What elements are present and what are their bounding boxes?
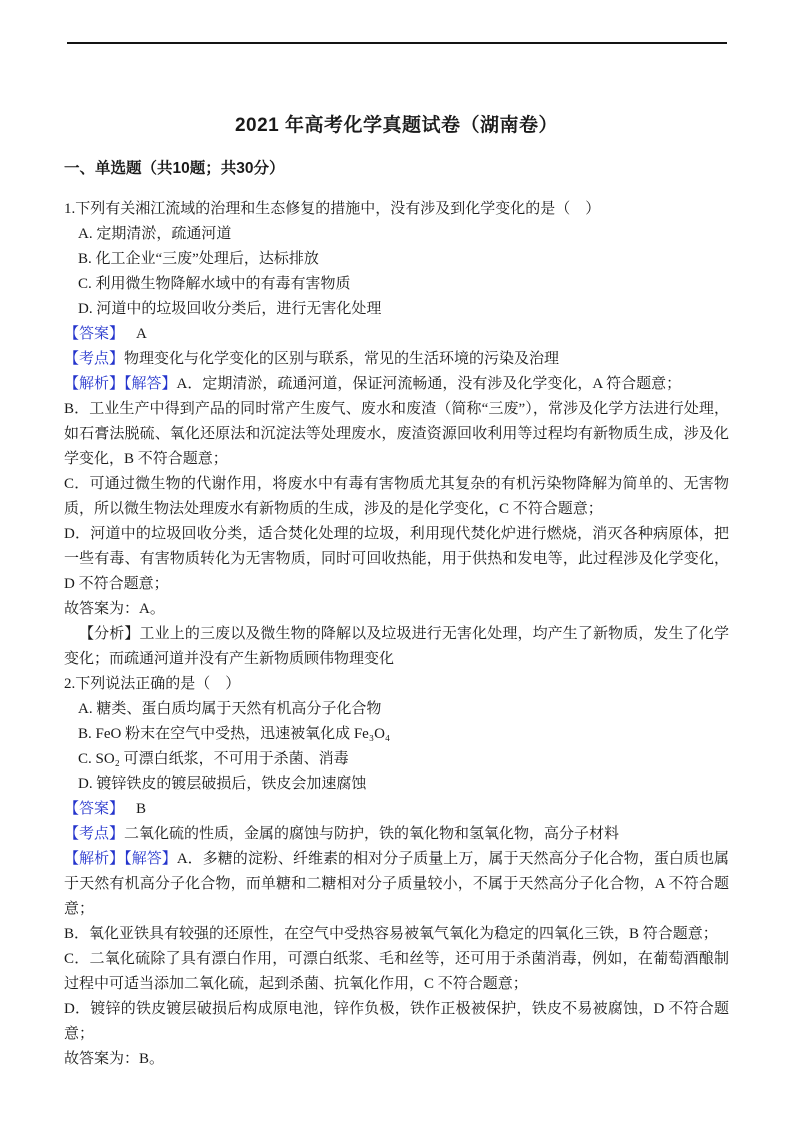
document-content: 2021 年高考化学真题试卷（湖南卷） 一、单选题（共10题；共30分） 1.下… bbox=[64, 0, 729, 1072]
answer-value: A bbox=[124, 326, 147, 342]
question-1-option-a: A. 定期清淤，疏通河道 bbox=[64, 222, 729, 247]
explanation-lead-text: A．定期清淤，疏通河道，保证河流畅通，没有涉及化学变化，A 符合题意； bbox=[177, 376, 682, 392]
explain-label: 【解答】 bbox=[124, 851, 177, 867]
answer-label: 【答案】 bbox=[64, 801, 124, 817]
question-2-explanation-paragraph: C．二氧化硫除了具有漂白作用，可漂白纸浆、毛和丝等，还可用于杀菌消毒，例如，在葡… bbox=[64, 947, 729, 997]
answer-value: B bbox=[124, 801, 146, 817]
question-1-stem: 1.下列有关湘江流域的治理和生态修复的措施中，没有涉及到化学变化的是（ ） bbox=[64, 197, 729, 222]
question-1-answer-line: 【答案】A bbox=[64, 322, 729, 347]
analysis-label: 【解析】 bbox=[64, 851, 124, 867]
question-1-option-c: C. 利用微生物降解水域中的有毒有害物质 bbox=[64, 272, 729, 297]
question-2-answer-line: 【答案】B bbox=[64, 797, 729, 822]
question-block-1: 1.下列有关湘江流域的治理和生态修复的措施中，没有涉及到化学变化的是（ ） A.… bbox=[64, 197, 729, 672]
question-2-stem: 2.下列说法正确的是（ ） bbox=[64, 672, 729, 697]
remark-label: 【分析】 bbox=[79, 626, 139, 642]
question-1-explanation-paragraph: C．可通过微生物的代谢作用，将废水中有毒有害物质尤其复杂的有机污染物降解为简单的… bbox=[64, 472, 729, 522]
keypoints-label: 【考点】 bbox=[64, 351, 124, 367]
keypoints-text: 物理变化与化学变化的区别与联系，常见的生活环境的污染及治理 bbox=[124, 351, 559, 367]
question-1-keypoints-line: 【考点】物理变化与化学变化的区别与联系，常见的生活环境的污染及治理 bbox=[64, 347, 729, 372]
question-block-2: 2.下列说法正确的是（ ） A. 糖类、蛋白质均属于天然有机高分子化合物 B. … bbox=[64, 672, 729, 1072]
keypoints-label: 【考点】 bbox=[64, 826, 124, 842]
document-title: 2021 年高考化学真题试卷（湖南卷） bbox=[64, 113, 729, 138]
question-2-option-d: D. 镀锌铁皮的镀层破损后，铁皮会加速腐蚀 bbox=[64, 772, 729, 797]
question-1-option-d: D. 河道中的垃圾回收分类后，进行无害化处理 bbox=[64, 297, 729, 322]
explain-label: 【解答】 bbox=[124, 376, 177, 392]
question-2-keypoints-line: 【考点】二氧化硫的性质，金属的腐蚀与防护，铁的氧化物和氢氧化物，高分子材料 bbox=[64, 822, 729, 847]
question-2-explanation-paragraph: B．氧化亚铁具有较强的还原性，在空气中受热容易被氧气氧化为稳定的四氧化三铁，B … bbox=[64, 922, 729, 947]
keypoints-text: 二氧化硫的性质，金属的腐蚀与防护，铁的氧化物和氢氧化物，高分子材料 bbox=[124, 826, 619, 842]
question-1-explanation-paragraph: D．河道中的垃圾回收分类，适合焚化处理的垃圾，利用现代焚化炉进行燃烧，消灭各种病… bbox=[64, 522, 729, 597]
answer-label: 【答案】 bbox=[64, 326, 124, 342]
question-2-option-a: A. 糖类、蛋白质均属于天然有机高分子化合物 bbox=[64, 697, 729, 722]
question-1-conclusion: 故答案为：A。 bbox=[64, 597, 729, 622]
question-1-option-b: B. 化工企业“三废”处理后，达标排放 bbox=[64, 247, 729, 272]
remark-text: 工业上的三废以及微生物的降解以及垃圾进行无害化处理，均产生了新物质，发生了化学变… bbox=[64, 626, 729, 667]
question-2-option-c: C. SO₂ 可漂白纸浆，不可用于杀菌、消毒 bbox=[64, 747, 729, 772]
question-1-explanation-paragraph: B．工业生产中得到产品的同时常产生废气、废水和废渣（简称“三废”），常涉及化学方… bbox=[64, 397, 729, 472]
analysis-label: 【解析】 bbox=[64, 376, 124, 392]
question-2-explanation-paragraph: D．镀锌的铁皮镀层破损后构成原电池，锌作负极，铁作正极被保护，铁皮不易被腐蚀，D… bbox=[64, 997, 729, 1047]
question-2-explanation-lead: 【解析】【解答】A．多糖的淀粉、纤维素的相对分子质量上万，属于天然高分子化合物，… bbox=[64, 847, 729, 922]
question-1-remark-line: 【分析】工业上的三废以及微生物的降解以及垃圾进行无害化处理，均产生了新物质，发生… bbox=[64, 622, 729, 672]
question-1-explanation-lead: 【解析】【解答】A．定期清淤，疏通河道，保证河流畅通，没有涉及化学变化，A 符合… bbox=[64, 372, 729, 397]
exam-document-page: 2021 年高考化学真题试卷（湖南卷） 一、单选题（共10题；共30分） 1.下… bbox=[0, 0, 793, 1122]
question-2-option-b: B. FeO 粉末在空气中受热，迅速被氧化成 Fe₃O₄ bbox=[64, 722, 729, 747]
question-2-conclusion: 故答案为：B。 bbox=[64, 1047, 729, 1072]
section-heading: 一、单选题（共10题；共30分） bbox=[64, 157, 729, 181]
